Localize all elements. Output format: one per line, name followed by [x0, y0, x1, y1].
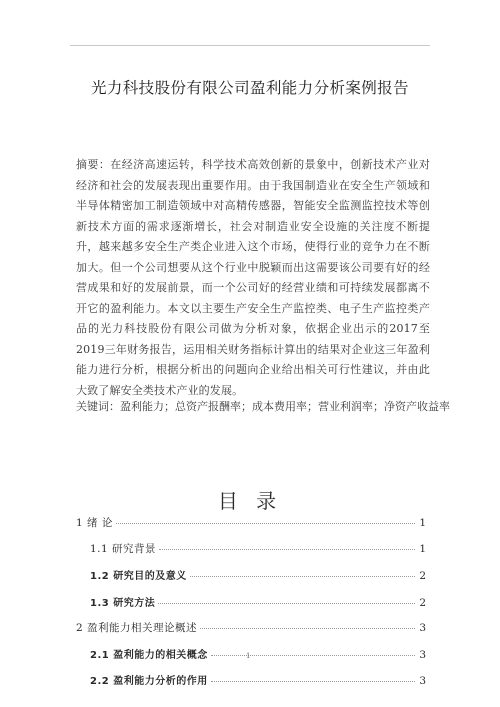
- toc-entry-label: 2 盈利能力相关理论概述: [76, 620, 200, 635]
- toc-entry-page: 1: [415, 543, 426, 555]
- document-title: 光力科技股份有限公司盈利能力分析案例报告: [0, 76, 500, 98]
- toc-entry[interactable]: 1.3 研究方法 2: [76, 594, 426, 620]
- toc-entry-page: 3: [415, 675, 426, 687]
- toc-entry-label: 1.3 研究方法: [90, 594, 158, 609]
- toc-entry[interactable]: 2.1 盈利能力的相关概念 3: [76, 646, 426, 672]
- table-of-contents: 1 绪 论 1 1.1 研究背景 1 1.2 研究目的及意义 2 1.3 研究方…: [76, 515, 426, 698]
- toc-entry-page: 2: [415, 570, 426, 582]
- toc-entry-page: 3: [415, 649, 426, 661]
- toc-leader-dots: [116, 523, 415, 524]
- toc-leader-dots: [159, 549, 415, 550]
- toc-leader-dots: [190, 576, 415, 577]
- toc-entry-page: 3: [415, 622, 426, 634]
- toc-leader-dots: [211, 681, 415, 682]
- abstract-section: 摘要：在经济高速运转，科学技术高效创新的景象中，创新技术产业对经济和社会的发展表…: [76, 155, 430, 401]
- toc-leader-dots: [158, 603, 415, 604]
- toc-entry-label: 1.1 研究背景: [90, 541, 159, 556]
- abstract-paragraph: 摘要：在经济高速运转，科学技术高效创新的景象中，创新技术产业对经济和社会的发展表…: [76, 155, 430, 401]
- keywords-text: 盈利能力；总资产报酬率；成本费用率；营业利润率；净资产收益率: [120, 400, 450, 413]
- toc-entry[interactable]: 2.2 盈利能力分析的作用 3: [76, 672, 426, 698]
- toc-entry-label: 1 绪 论: [76, 515, 116, 530]
- header-rule: [70, 45, 430, 46]
- toc-entry-page: 2: [415, 597, 426, 609]
- toc-entry[interactable]: 1.1 研究背景 1: [76, 541, 426, 567]
- keywords-label: 关键词：: [76, 400, 120, 413]
- toc-entry-page: 1: [415, 517, 426, 529]
- keywords-section: 关键词：盈利能力；总资产报酬率；成本费用率；营业利润率；净资产收益率: [76, 399, 436, 415]
- toc-entry[interactable]: 2 盈利能力相关理论概述 3: [76, 620, 426, 646]
- toc-entry-label: 2.1 盈利能力的相关概念: [90, 646, 211, 661]
- abstract-label: 摘要：: [76, 158, 110, 171]
- toc-title: 目 录: [0, 485, 500, 514]
- toc-entry[interactable]: 1.2 研究目的及意义 2: [76, 567, 426, 593]
- toc-entry[interactable]: 1 绪 论 1: [76, 515, 426, 541]
- toc-leader-dots: [211, 655, 415, 656]
- toc-entry-label: 1.2 研究目的及意义: [90, 567, 190, 582]
- toc-entry-label: 2.2 盈利能力分析的作用: [90, 672, 211, 687]
- toc-leader-dots: [200, 628, 415, 629]
- abstract-text: 在经济高速运转，科学技术高效创新的景象中，创新技术产业对经济和社会的发展表现出重…: [76, 158, 430, 397]
- page-number: 1: [246, 652, 250, 660]
